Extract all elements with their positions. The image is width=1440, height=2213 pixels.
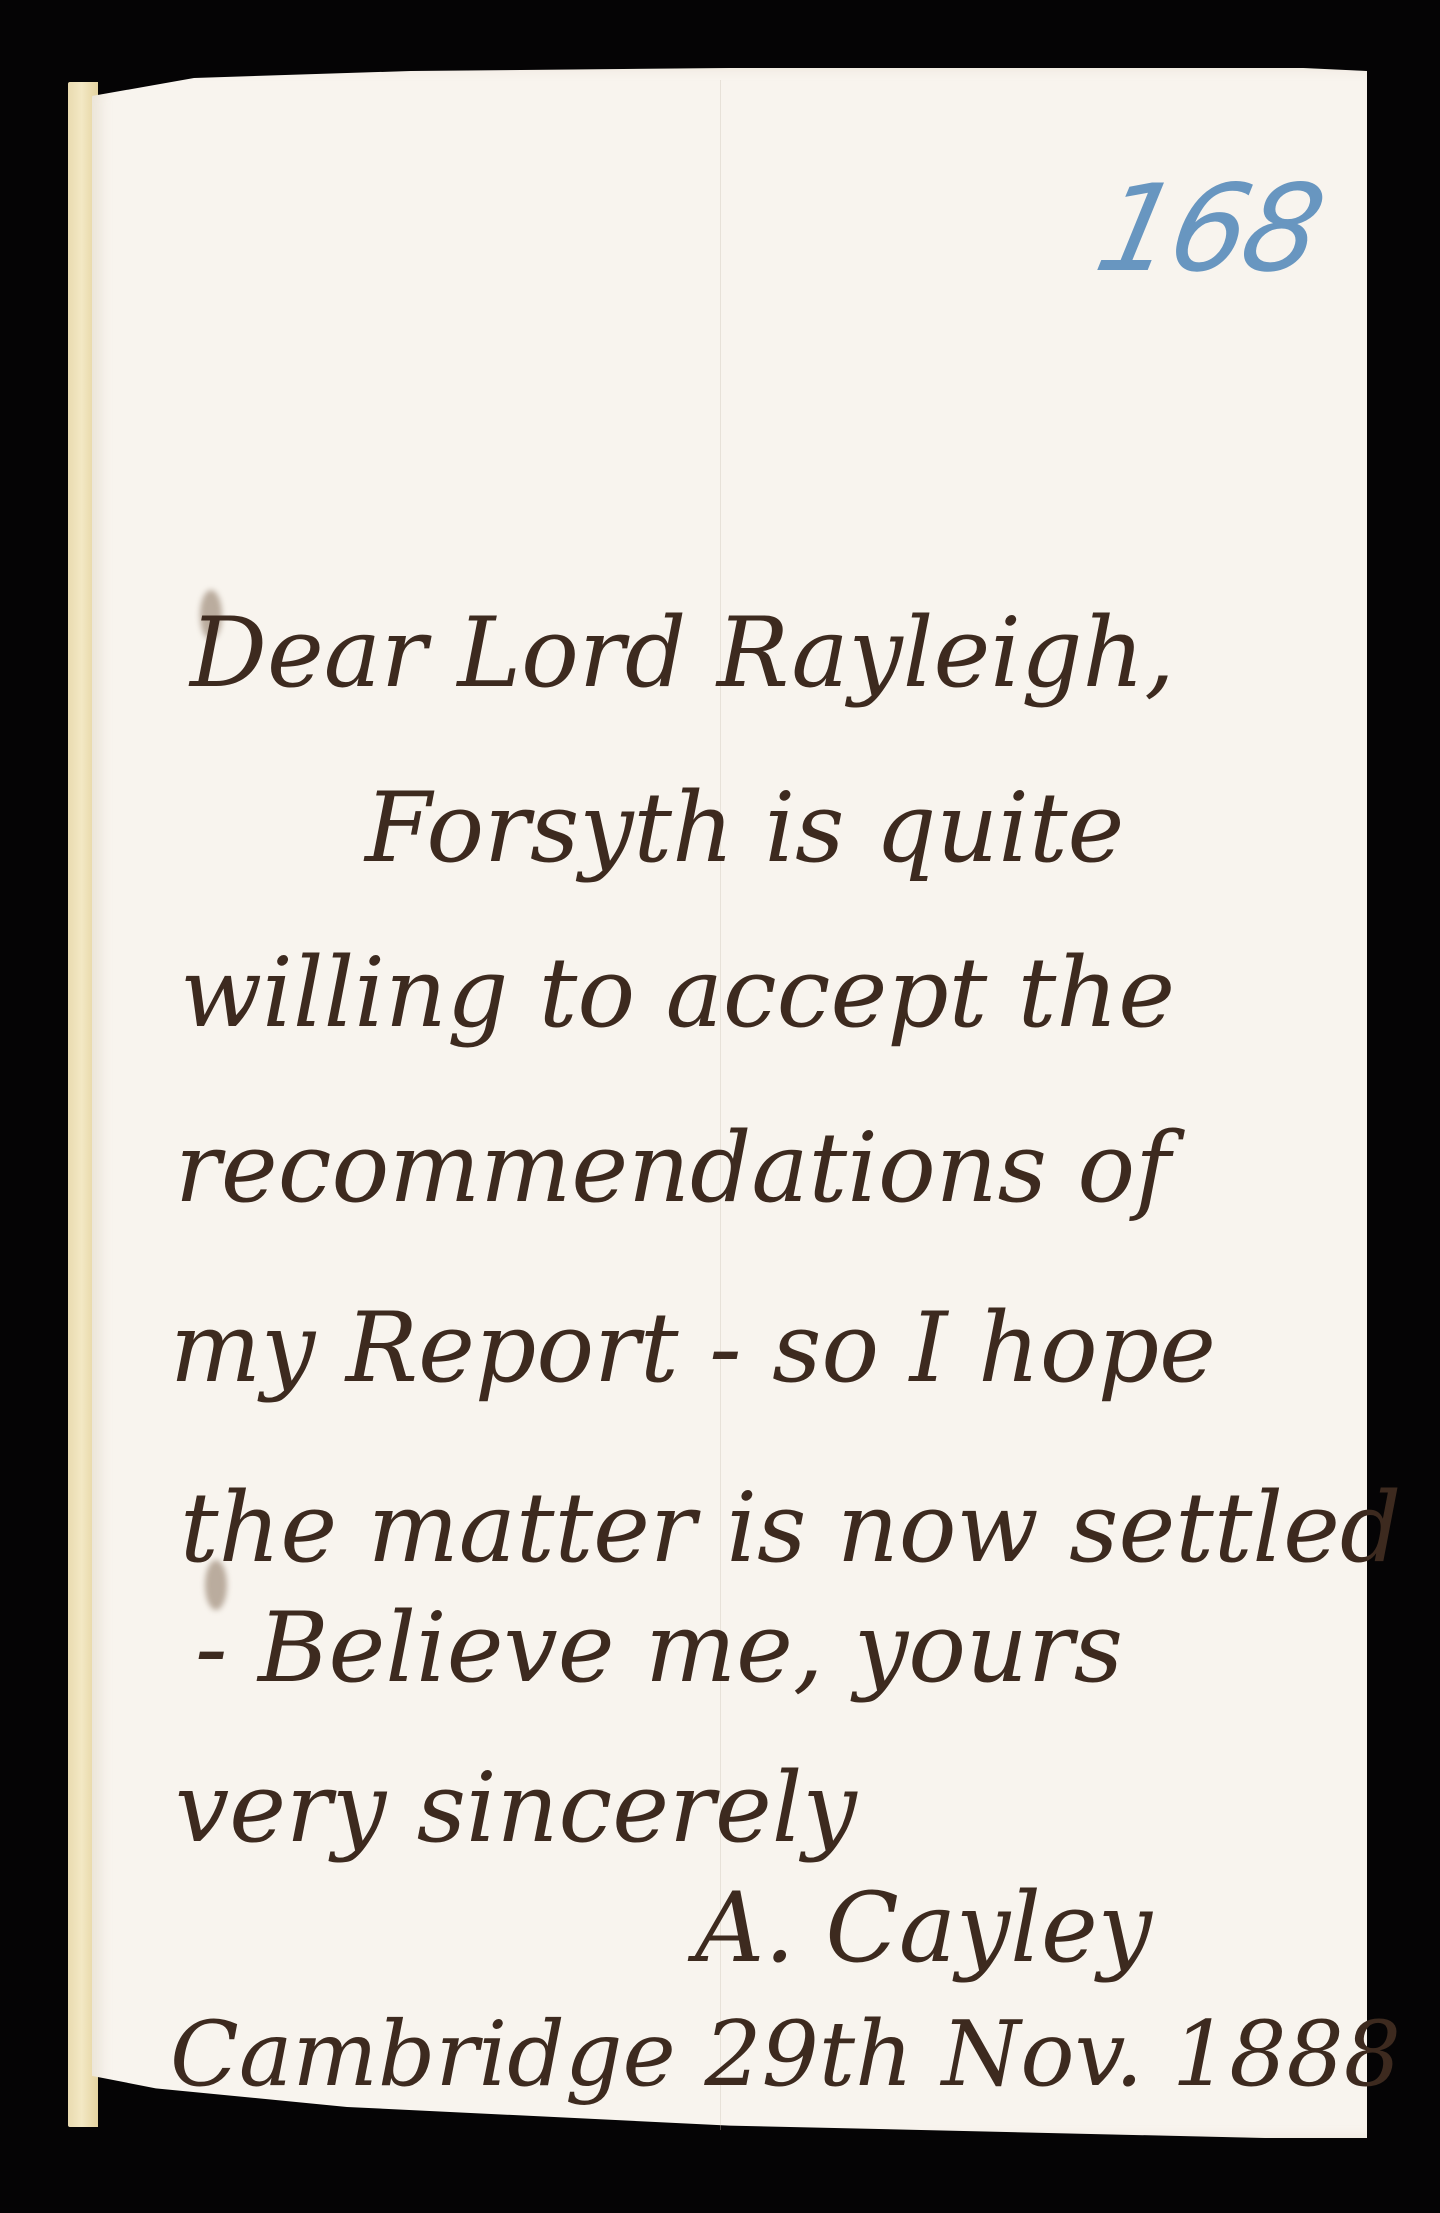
- place-and-date: Cambridge 29th Nov. 1888: [170, 2010, 1401, 2100]
- letter-line-3: recommendations of: [175, 1120, 1171, 1216]
- letter-line-4: my Report - so I hope: [170, 1300, 1216, 1396]
- letter-line-5: the matter is now settled: [180, 1480, 1401, 1576]
- letter-line-6: - Believe me, yours: [195, 1600, 1123, 1696]
- letter-line-2: willing to accept the: [180, 945, 1175, 1041]
- folio-number: 168: [1085, 160, 1332, 299]
- letter-line-1: Forsyth is quite: [365, 780, 1124, 876]
- salutation: Dear Lord Rayleigh,: [190, 605, 1175, 701]
- letter-line-7: very sincerely: [175, 1760, 857, 1856]
- signature: A. Cayley: [695, 1880, 1152, 1976]
